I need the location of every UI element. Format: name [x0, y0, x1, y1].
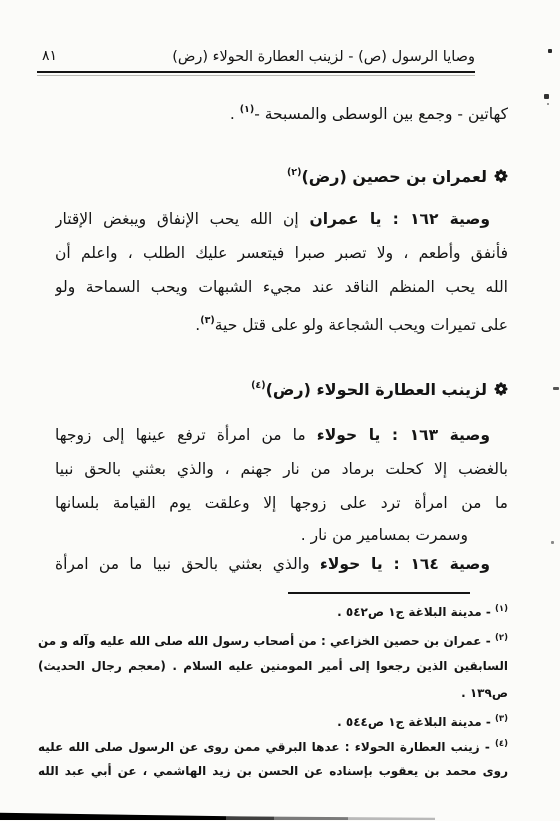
- footnote-4-text: - زينب العطارة الحولاء : عدها البرقي ممن…: [38, 740, 508, 755]
- footnote-2-continuation: السابقين الذين رجعوا إلى أمير المومنين ع…: [38, 658, 508, 677]
- footnote-3-text: - مدينة البلاغة ج١ ص٥٤٤ .: [337, 715, 491, 729]
- book-page: وصايا الرسول (ص) - لزينب العطارة الحولاء…: [0, 0, 560, 821]
- footnote-2-text: - عمران بن حصين الخزاعي : من أصحاب رسول …: [38, 634, 491, 648]
- scan-artifact-speck: [548, 49, 552, 53]
- footnote-2-page-ref: ص١٣٩ .: [38, 685, 508, 704]
- scan-artifact-speck: [547, 103, 549, 105]
- footnote-2-marker: (٢): [495, 633, 508, 643]
- scan-artifact-speck: [553, 387, 559, 390]
- footnote-2: (٢) - عمران بن حصين الخزاعي : من أصحاب ر…: [38, 630, 508, 649]
- footnote-1-text: - مدينة البلاغة ج١ ص٥٤٢ .: [337, 605, 491, 619]
- footnote-3: (٣) - مدينة البلاغة ج١ ص٥٤٤ .: [38, 711, 508, 730]
- scan-artifact-speck: [544, 94, 549, 99]
- footnote-4: (٤) - زينب العطارة الحولاء : عدها البرقي…: [38, 736, 508, 755]
- footnote-3-marker: (٣): [495, 714, 508, 724]
- footnote-1: (١) - مدينة البلاغة ج١ ص٥٤٢ .: [38, 601, 508, 620]
- footnotes-column: (١) - مدينة البلاغة ج١ ص٥٤٢ . (٢) - عمرا…: [38, 0, 508, 821]
- footnote-4-continuation: روى محمد بن يعقوب بإسناده عن الحسن بن زي…: [38, 763, 508, 782]
- scan-artifact-speck: [551, 541, 554, 544]
- footnote-1-marker: (١): [495, 604, 508, 614]
- footnote-4-marker: (٤): [495, 739, 508, 749]
